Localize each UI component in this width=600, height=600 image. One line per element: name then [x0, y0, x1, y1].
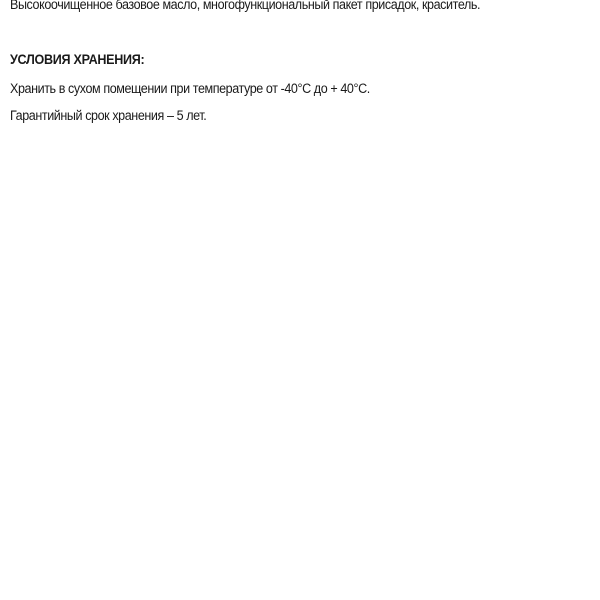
storage-conditions-text: Хранить в сухом помещении при температур… — [10, 81, 370, 96]
shelf-life-text: Гарантийный срок хранения – 5 лет. — [10, 108, 206, 123]
storage-heading: УСЛОВИЯ ХРАНЕНИЯ: — [10, 52, 144, 67]
composition-text: Высокоочищенное базовое масло, многофунк… — [10, 0, 480, 12]
